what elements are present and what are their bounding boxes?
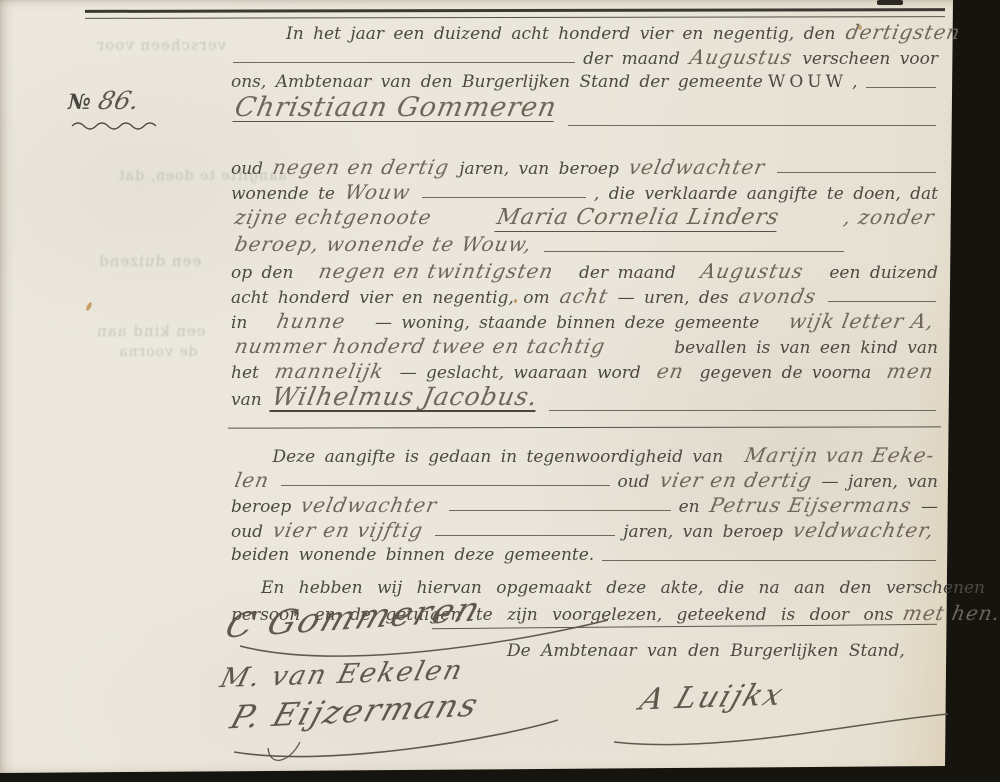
printed-form-text: oud — [231, 157, 263, 182]
ruled-blank-line — [549, 410, 936, 411]
section-divider-rule — [228, 426, 941, 428]
handwritten-entry: vier en dertig — [657, 468, 814, 493]
printed-form-text: , die verklaarde aangifte te doen, dat — [594, 182, 938, 207]
printed-form-text: In het jaar een duizend acht honderd vie… — [286, 22, 836, 47]
printed-form-text: en — [679, 495, 700, 520]
printed-form-text: acht honderd vier en negentig, om — [231, 286, 550, 311]
ink-mark — [877, 0, 903, 5]
printed-form-text: op den — [231, 261, 293, 286]
handwritten-entry: Augustus — [699, 259, 806, 284]
handwritten-entry: Wilhelmus Jacobus. — [269, 384, 540, 412]
document-line-2: der maandAugustusverscheen voor — [228, 45, 941, 70]
birth-certificate-scan: verscheen voor aangifte te doen, dat een… — [0, 0, 1000, 782]
handwritten-entry: Petrus Eijsermans — [707, 493, 913, 518]
handwritten-entry: nummer honderd twee en tachtig — [233, 334, 608, 359]
handwritten-entry: len — [233, 468, 272, 493]
printed-form-text: wonende te — [231, 182, 335, 207]
document-line-8: beroep, wonende te Wouw, — [228, 232, 941, 259]
printed-form-text: — uren, des — [618, 286, 729, 311]
document-line-13: hetmannelijk— geslacht, waaraan wordenge… — [228, 359, 941, 384]
ruled-blank-line — [544, 251, 844, 252]
printed-form-text: , — [852, 70, 857, 95]
handwritten-entry: Wouw — [343, 180, 413, 205]
act-number: №86. — [68, 86, 139, 115]
handwritten-entry: men — [885, 359, 937, 384]
printed-form-text: verscheen voor — [802, 47, 938, 72]
handwritten-entry: mannelijk — [273, 359, 386, 384]
printed-form-text: van — [231, 388, 262, 413]
document-line-14: vanWilhelmus Jacobus. — [228, 384, 941, 418]
ruled-blank-line — [233, 62, 575, 63]
handwritten-entry: zijne echtgenoote — [233, 205, 435, 230]
document-line-11: inhunne— woning, staande binnen deze gem… — [228, 309, 941, 334]
wavy-underline — [70, 120, 165, 130]
document-line-1: In het jaar een duizend acht honderd vie… — [228, 20, 941, 45]
printed-form-text: het — [231, 361, 259, 386]
handwritten-entry: veldwachter, — [791, 518, 937, 543]
printed-form-text: Deze aangifte is gedaan in tegenwoordigh… — [272, 445, 723, 470]
ink-bleedthrough: verscheen voor — [96, 36, 226, 54]
document-line-5: oudnegen en dertigjaren, van beroepveldw… — [228, 155, 941, 180]
handwritten-entry: wijk letter A, — [787, 309, 937, 334]
printed-form-text: oud — [618, 470, 650, 495]
handwritten-entry: dertigsten — [843, 20, 962, 45]
document-line-15: Deze aangifte is gedaan in tegenwoordigh… — [228, 443, 941, 468]
printed-form-text: jaren, van beroep — [459, 157, 619, 182]
handwritten-entry: met hen. — [901, 601, 1000, 626]
ruled-blank-line — [449, 510, 670, 511]
handwritten-entry: Christiaan Gommeren — [232, 95, 559, 122]
ink-bleedthrough: een kind aan — [96, 322, 206, 340]
handwritten-entry: negen en dertig — [271, 155, 452, 180]
document-line-17: beroepveldwachterenPetrus Eijsermans— — [228, 493, 941, 518]
printed-form-text: een duizend — [829, 261, 938, 286]
printed-form-text: in — [231, 311, 247, 336]
printed-form-text: — — [921, 495, 938, 520]
handwritten-entry: acht — [557, 284, 610, 309]
document-line-6: wonende teWouw, die verklaarde aangifte … — [228, 180, 941, 205]
printed-form-text: der maand — [583, 47, 680, 72]
handwritten-entry: , zonder — [841, 205, 936, 230]
ruled-blank-line — [435, 535, 615, 536]
document-line-20: En hebben wij hiervan opgemaakt deze akt… — [228, 576, 941, 601]
printed-form-text: — jaren, van — [822, 470, 938, 495]
numero-sign: № — [68, 89, 91, 114]
document-line-18: oudvier en vijftigjaren, van beroepveldw… — [228, 518, 941, 543]
document-body: In het jaar een duizend acht honderd vie… — [228, 20, 941, 626]
printed-form-text: beiden wonende binnen deze gemeente. — [231, 543, 594, 568]
ink-bleedthrough: een duizend — [98, 252, 201, 270]
printed-form-text: oud — [231, 520, 263, 545]
ruled-blank-line — [866, 87, 937, 88]
document-line-10: acht honderd vier en negentig, omacht— u… — [228, 284, 941, 309]
document-line-9: op dennegen en twintigstender maandAugus… — [228, 259, 941, 284]
printed-form-text: bevallen is van een kind van — [674, 336, 938, 361]
ruled-blank-line — [281, 485, 609, 486]
ruled-blank-line — [602, 560, 936, 561]
ruled-blank-line — [828, 301, 936, 302]
document-line-7: zijne echtgenooteMaria Cornelia Linders,… — [228, 205, 941, 232]
ruled-blank-line — [777, 172, 936, 173]
document-line-12: nummer honderd twee en tachtigbevallen i… — [228, 334, 941, 359]
official-title-label: De Ambtenaar van den Burgerlijken Stand, — [507, 641, 905, 661]
handwritten-entry: Maria Cornelia Linders — [494, 205, 781, 232]
ruled-blank-line — [568, 125, 936, 126]
handwritten-entry: en — [654, 359, 686, 384]
act-number-value: 86. — [95, 86, 142, 115]
handwritten-entry: hunne — [275, 309, 348, 334]
document-line-4: Christiaan Gommeren — [228, 95, 941, 133]
ruled-blank-line — [422, 197, 586, 198]
printed-form-text: WOUW — [768, 70, 847, 95]
printed-form-text: gegeven de voorna — [700, 361, 872, 386]
handwritten-entry: Marijn van Eeke- — [742, 443, 936, 468]
document-line-16: lenoudvier en dertig— jaren, van — [228, 468, 941, 493]
document-line-19: beiden wonende binnen deze gemeente. — [228, 543, 941, 568]
top-double-rule — [85, 8, 945, 19]
handwritten-entry: veldwachter — [299, 493, 440, 518]
printed-form-text: — woning, staande binnen deze gemeente — [375, 311, 759, 336]
handwritten-entry: Augustus — [687, 45, 794, 70]
handwritten-entry: negen en twintigsten — [317, 259, 556, 284]
handwritten-entry: avonds — [736, 284, 818, 309]
signature-official: A Luijkx — [635, 678, 789, 718]
handwritten-entry: beroep, wonende te Wouw, — [233, 232, 535, 257]
printed-form-text: beroep — [231, 495, 291, 520]
printed-form-text: der maand — [579, 261, 676, 286]
handwritten-entry: veldwachter — [626, 155, 767, 180]
printed-form-text: jaren, van beroep — [623, 520, 783, 545]
handwritten-entry: vier en vijftig — [271, 518, 426, 543]
ink-bleedthrough: de voorna — [118, 344, 198, 360]
